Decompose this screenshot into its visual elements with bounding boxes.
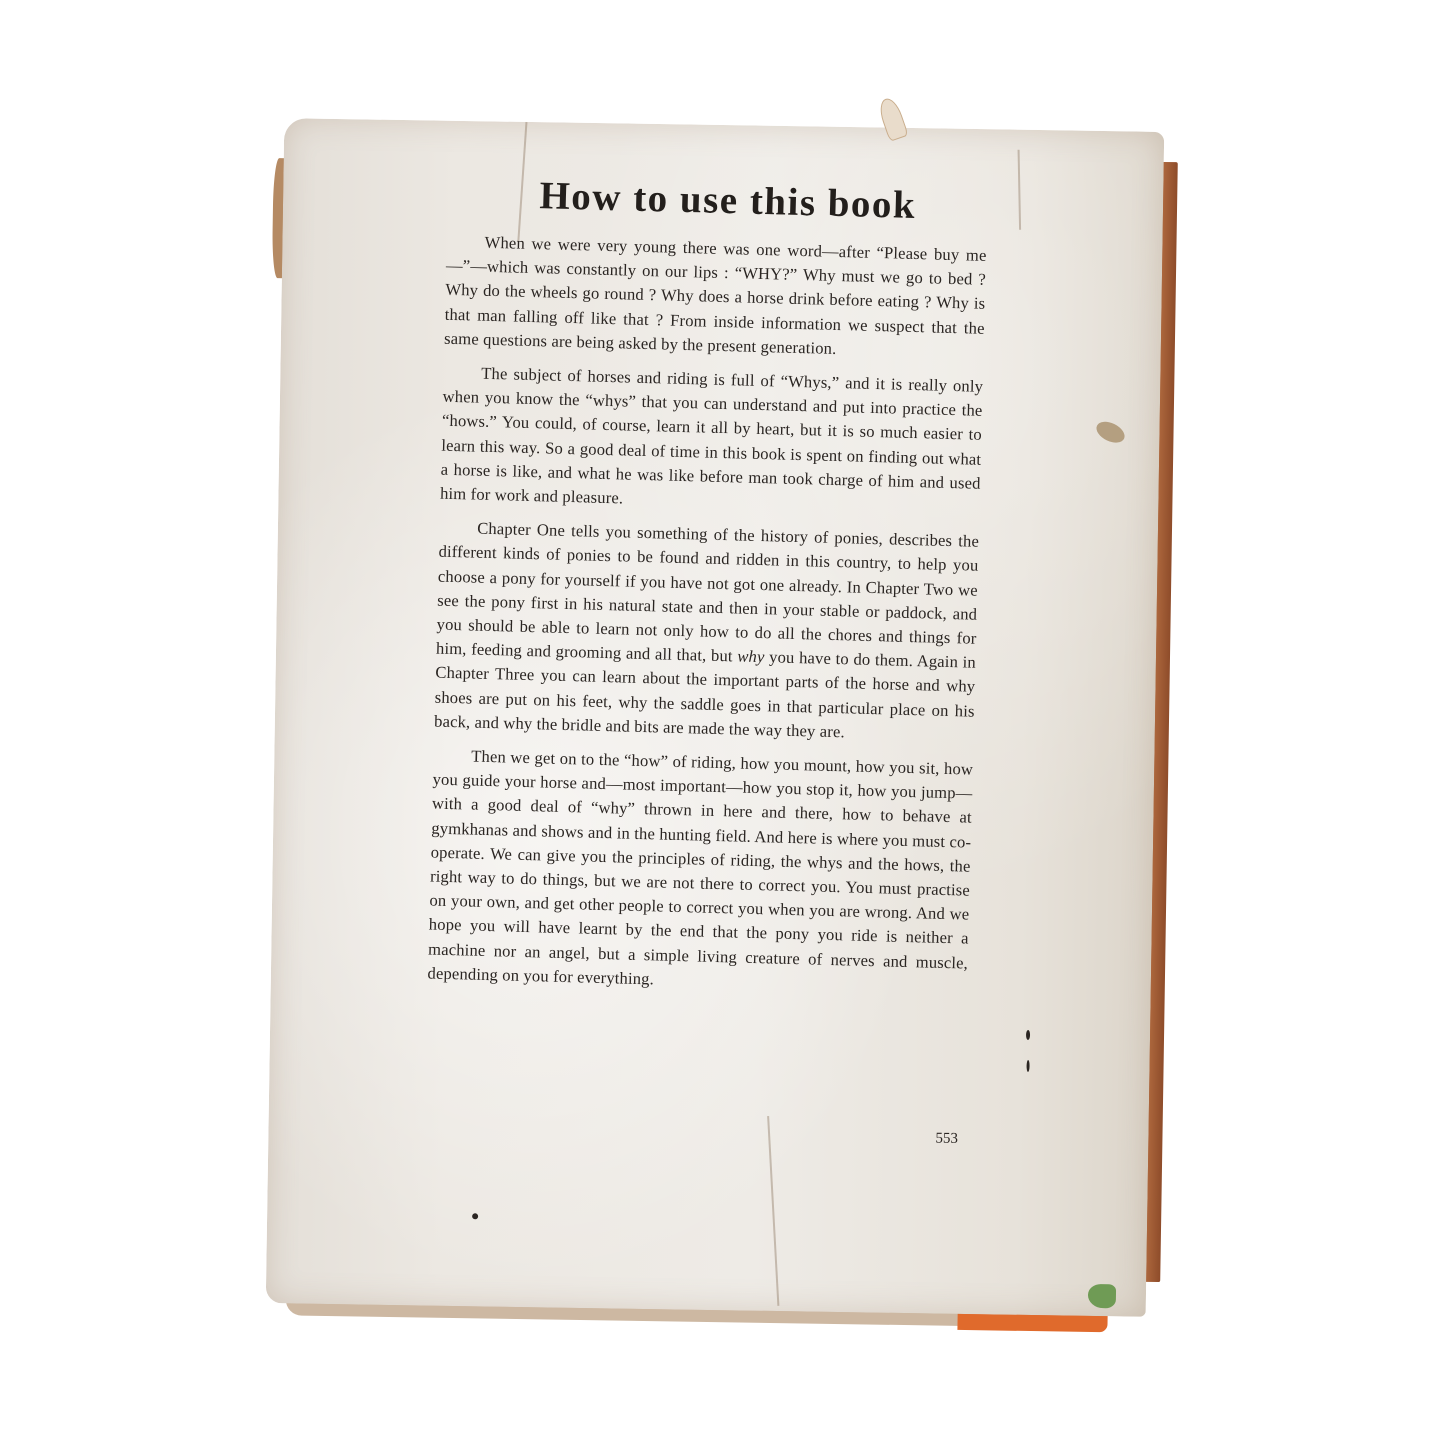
ink-speck [1026, 1060, 1029, 1072]
ink-speck [472, 1213, 478, 1219]
ink-speck [1026, 1030, 1030, 1040]
paragraph-2: The subject of horses and riding is full… [440, 361, 984, 520]
paragraph-1: When we were very young there was one wo… [444, 230, 987, 365]
photo-stage: How to use this book When we were very y… [0, 0, 1440, 1440]
emphasis-why: why [737, 647, 765, 667]
book-back-cover: How to use this book When we were very y… [266, 118, 1165, 1317]
paragraph-3-part-a: Chapter One tells you something of the h… [436, 519, 979, 666]
stain-mark [1093, 418, 1128, 447]
paragraph-4: Then we get on to the “how” of riding, h… [427, 744, 973, 1000]
crease-line [1018, 150, 1022, 230]
crease-line [767, 1116, 779, 1306]
page-title: How to use this book [447, 171, 988, 230]
printed-text-block: How to use this book When we were very y… [427, 171, 988, 1010]
green-chip [1088, 1284, 1116, 1308]
paragraph-3: Chapter One tells you something of the h… [434, 516, 980, 748]
dust-jacket: How to use this book When we were very y… [266, 118, 1165, 1317]
page-number: 553 [935, 1131, 958, 1148]
